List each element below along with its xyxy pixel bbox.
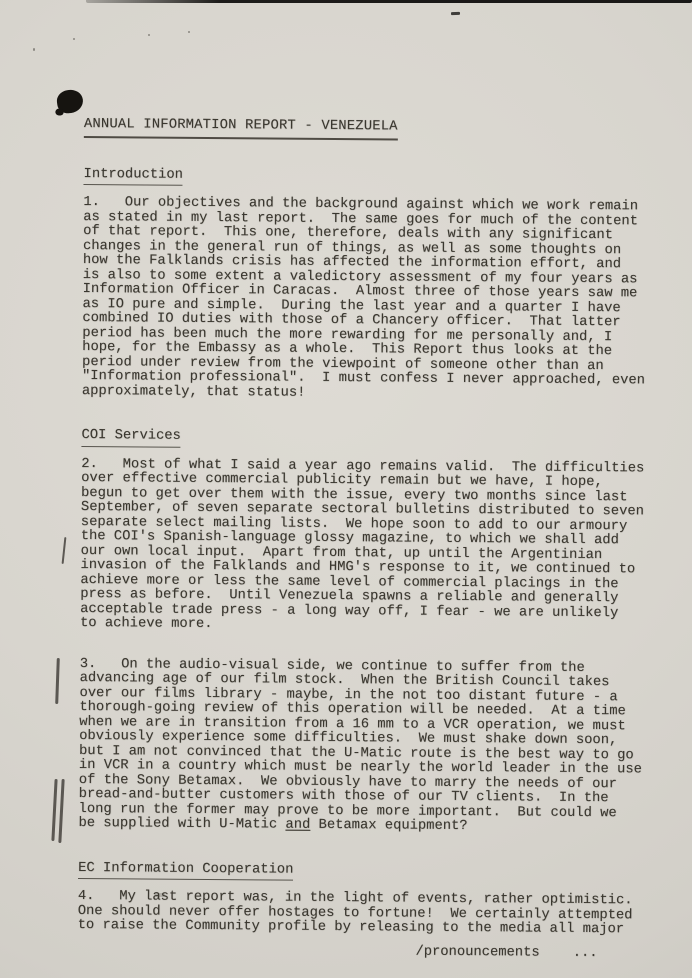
- paragraph: 4. My last report was, in the light of e…: [78, 890, 641, 938]
- section-heading: Introduction: [83, 167, 182, 185]
- heading-row: COI Services: [81, 429, 644, 451]
- paragraph: 1. Our objectives and the background aga…: [82, 196, 647, 403]
- continuation-catchword: /pronouncements ...: [415, 945, 640, 961]
- text-line: to raise the Community profile by releas…: [78, 919, 641, 938]
- heading-row: Introduction: [83, 167, 646, 189]
- title-row: ANNUAL INFORMATION REPORT - VENEZUELA: [84, 118, 647, 142]
- sections-container: Introduction1. Our objectives and the ba…: [78, 167, 647, 937]
- paragraph: 3. On the audio-visual side, we continue…: [78, 657, 642, 835]
- document-title: ANNUAL INFORMATION REPORT - VENEZUELA: [84, 118, 398, 140]
- document-section-0: Introduction1. Our objectives and the ba…: [82, 167, 647, 403]
- document-section-2: EC Information Cooperation4. My last rep…: [78, 861, 642, 937]
- paragraph: 2. Most of what I said a year ago remain…: [80, 457, 644, 635]
- section-heading: COI Services: [81, 429, 180, 447]
- document-page: ANNUAL INFORMATION REPORT - VENEZUELA In…: [0, 0, 648, 961]
- heading-row: EC Information Cooperation: [78, 861, 641, 883]
- section-heading: EC Information Cooperation: [78, 861, 293, 880]
- document-section-1: COI Services2. Most of what I said a yea…: [78, 429, 644, 836]
